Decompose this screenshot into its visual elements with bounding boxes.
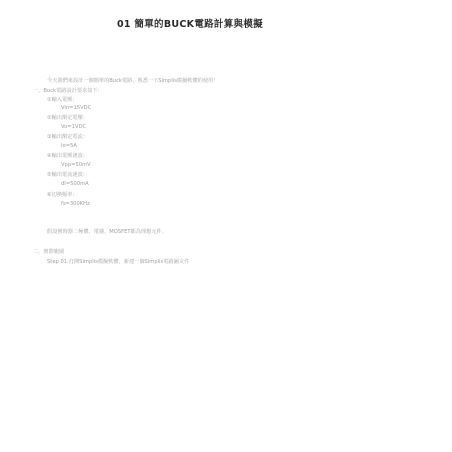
requirement-label: ③輸出額定電流： <box>47 133 88 140</box>
intro-paragraph: 今天我們來設計一個簡單的Buck電路，熟悉一下Simplis模擬軟體的使用！ <box>47 77 218 84</box>
assumption-note: 假設實時器二極體、電感、MOSFET都為理想元件。 <box>47 228 167 235</box>
section-1-heading: 一、Buck電路設計要求如下： <box>33 87 103 94</box>
requirement-value: Io=5A <box>61 143 77 149</box>
requirement-label: ②輸出額定電壓： <box>47 114 88 121</box>
requirement-value: Vo=1VDC <box>61 124 86 130</box>
requirement-label: ⑤輸出電流漣波： <box>47 171 88 178</box>
requirement-value: dI=500mA <box>61 181 89 187</box>
requirement-value: fs=300KHz <box>61 201 90 207</box>
step-01-text: Step 01:打開Simplis模擬軟體，新建一個Simplis電路圖文件 <box>47 258 189 265</box>
requirement-value: Vin=15VDC <box>61 105 91 111</box>
requirement-label: ⑥切換頻率： <box>47 191 78 198</box>
section-2-heading: 二、實際範圍 <box>33 248 64 255</box>
requirement-label: ①輸入電壓： <box>47 96 78 103</box>
requirement-value: Vpp=50mV <box>61 162 91 168</box>
requirement-label: ④輸出電壓漣波： <box>47 152 88 159</box>
page-title: 01 簡單的BUCK電路計算與模擬 <box>117 16 263 30</box>
